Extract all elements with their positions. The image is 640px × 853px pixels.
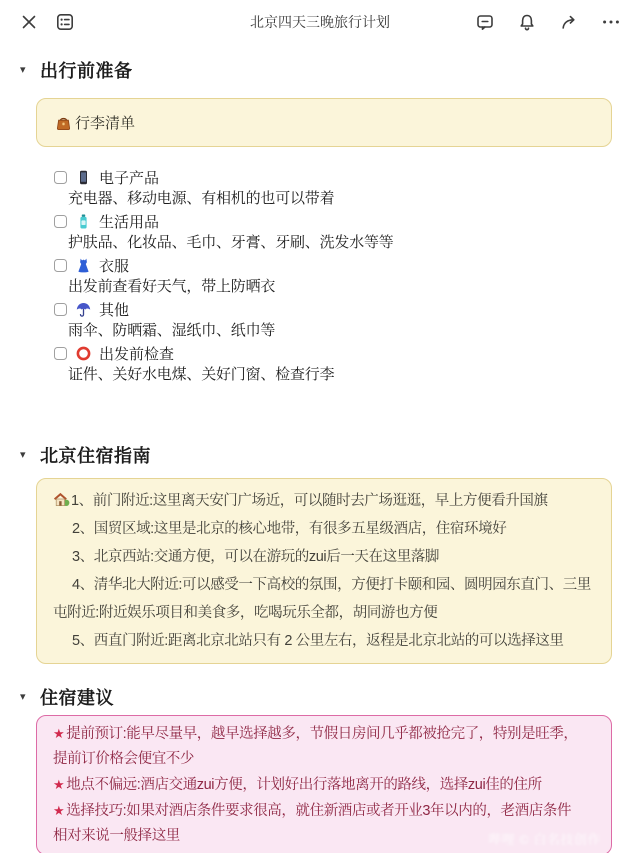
- section-title: 出行前准备: [40, 57, 133, 83]
- topbar: 北京四天三晚旅行计划: [0, 0, 640, 44]
- comment-icon[interactable]: [474, 11, 496, 33]
- tip-line: ★地点不偏远:酒店交通zui方便，计划好出行落地离开的路线，选择zui佳的住所: [53, 772, 595, 798]
- item-desc: 充电器、移动电源、有相机的也可以带着: [54, 188, 640, 210]
- checkbox[interactable]: [54, 215, 67, 228]
- callout-label: 行李清单: [75, 112, 135, 133]
- outline-list-icon[interactable]: [54, 11, 76, 33]
- guide-line: 3、北京西站:交通方便，可以在游玩的zui后一天在这里落脚: [53, 543, 595, 571]
- guide-line: 5、西直门附近:距离北京北站只有 2 公里左右，返程是北京北站的可以选择这里: [53, 627, 595, 655]
- collapse-triangle-icon[interactable]: ▾: [20, 692, 40, 703]
- house-icon: [53, 491, 70, 508]
- lodging-guide-box: 1、前门附近:这里离天安门广场近，可以随时去广场逛逛，早上方便看升国旗 2、国贸…: [36, 478, 612, 664]
- item-label: 衣服: [99, 255, 129, 276]
- close-icon[interactable]: [18, 11, 40, 33]
- item-label: 出发前检查: [99, 343, 174, 364]
- item-desc: 出发前查看好天气，带上防晒衣: [54, 276, 640, 298]
- lotion-icon: [75, 213, 92, 230]
- collapse-triangle-icon[interactable]: ▾: [20, 450, 40, 461]
- star-icon: ★: [53, 777, 64, 792]
- checkbox[interactable]: [54, 259, 67, 272]
- tip-line: 提前订价格会便宜不少: [53, 747, 595, 772]
- checkbox[interactable]: [54, 303, 67, 316]
- guide-line: 4、清华北大附近:可以感受一下高校的氛围，方便打卡颐和园、圆明园东直门、三里: [53, 571, 595, 599]
- tip-line: 相对来说一般择这里: [53, 824, 595, 849]
- luggage-callout: 行李清单: [36, 98, 612, 147]
- packing-checklist: 电子产品 充电器、移动电源、有相机的也可以带着 生活用品 护肤品、化妆品、毛巾、…: [54, 166, 640, 386]
- section-title: 北京住宿指南: [40, 442, 151, 468]
- checkbox[interactable]: [54, 171, 67, 184]
- checklist-item: 衣服: [54, 254, 640, 276]
- bell-icon[interactable]: [516, 11, 538, 33]
- red-circle-icon: [75, 345, 92, 362]
- checklist-item: 生活用品: [54, 210, 640, 232]
- section-header-tips: ▾ 住宿建议: [0, 684, 640, 710]
- section-title: 住宿建议: [40, 684, 114, 710]
- handbag-icon: [55, 114, 72, 131]
- item-label: 其他: [99, 299, 129, 320]
- checkbox[interactable]: [54, 347, 67, 360]
- checklist-item: 电子产品: [54, 166, 640, 188]
- item-desc: 雨伞、防晒霜、湿纸巾、纸巾等: [54, 320, 640, 342]
- item-desc: 护肤品、化妆品、毛巾、牙膏、牙刷、洗发水等等: [54, 232, 640, 254]
- section-header-guide: ▾ 北京住宿指南: [0, 442, 640, 468]
- guide-line: 屯附近:附近娱乐项目和美食多，吃喝玩乐全都，胡同游也方便: [53, 599, 595, 627]
- item-desc: 证件、关好水电煤、关好门窗、检查行李: [54, 364, 640, 386]
- smartphone-icon: [75, 169, 92, 186]
- checklist-item: 出发前检查: [54, 342, 640, 364]
- collapse-triangle-icon[interactable]: ▾: [20, 65, 40, 76]
- umbrella-icon: [75, 301, 92, 318]
- star-icon: ★: [53, 803, 64, 818]
- star-icon: ★: [53, 726, 64, 741]
- lodging-tips-box: ★提前预订:能早尽量早，越早选择越多，节假日房间几乎都被抢完了，特别是旺季， 提…: [36, 715, 612, 853]
- tip-line: ★选择技巧:如果对酒店条件要求很高，就住新酒店或者开业3年以内的，老酒店条件: [53, 798, 595, 824]
- section-header-prep: ▾ 出行前准备: [0, 57, 640, 83]
- guide-line: 2、国贸区域:这里是北京的核心地带，有很多五星级酒店，住宿环境好: [53, 515, 595, 543]
- dress-icon: [75, 257, 92, 274]
- more-icon[interactable]: [600, 11, 622, 33]
- item-label: 生活用品: [99, 211, 159, 232]
- tip-line: ★提前预订:能早尽量早，越早选择越多，节假日房间几乎都被抢完了，特别是旺季，: [53, 721, 595, 747]
- item-label: 电子产品: [99, 167, 159, 188]
- guide-line: 1、前门附近:这里离天安门广场近，可以随时去广场逛逛，早上方便看升国旗: [53, 487, 595, 515]
- share-icon[interactable]: [558, 11, 580, 33]
- checklist-item: 其他: [54, 298, 640, 320]
